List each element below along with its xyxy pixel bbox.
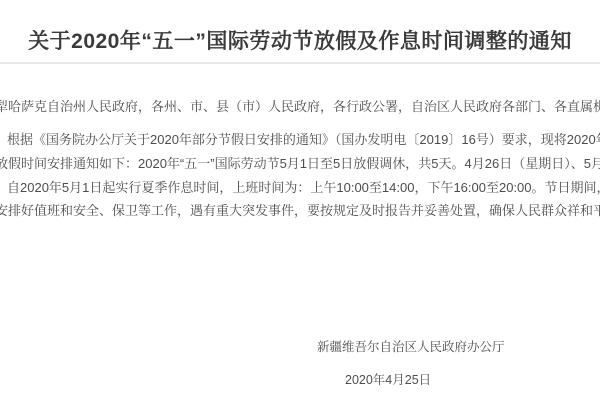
body-line: 根据《国务院办公厅关于2020年部分节假日安排的通知》（国办发明电〔2019〕1…	[7, 133, 600, 147]
notice-title: 关于2020年“五一”国际劳动节放假及作息时间调整的通知	[0, 25, 600, 55]
body-line: 自2020年5月1日起实行夏季作息时间，上班时间为：上午10:00至14:00，…	[7, 181, 600, 195]
addressee-line: 伊犁哈萨克自治州人民政府，各州、市、县（市）人民政府，各行政公署，自治区人民政府…	[0, 100, 600, 114]
issuing-authority-signature: 新疆维吾尔自治区人民政府办公厅	[317, 337, 505, 355]
notice-page: 关于2020年“五一”国际劳动节放假及作息时间调整的通知 伊犁哈萨克自治州人民政…	[0, 0, 600, 400]
issue-date: 2020年4月25日	[345, 370, 431, 388]
title-divider	[0, 62, 600, 64]
body-line: 安排好值班和安全、保卫等工作，遇有重大突发事件，要按规定及时报告并妥善处置，确保…	[0, 204, 600, 218]
body-line: 放假时间安排通知如下：2020年“五一”国际劳动节5月1日至5日放假调休，共5天…	[0, 157, 600, 171]
